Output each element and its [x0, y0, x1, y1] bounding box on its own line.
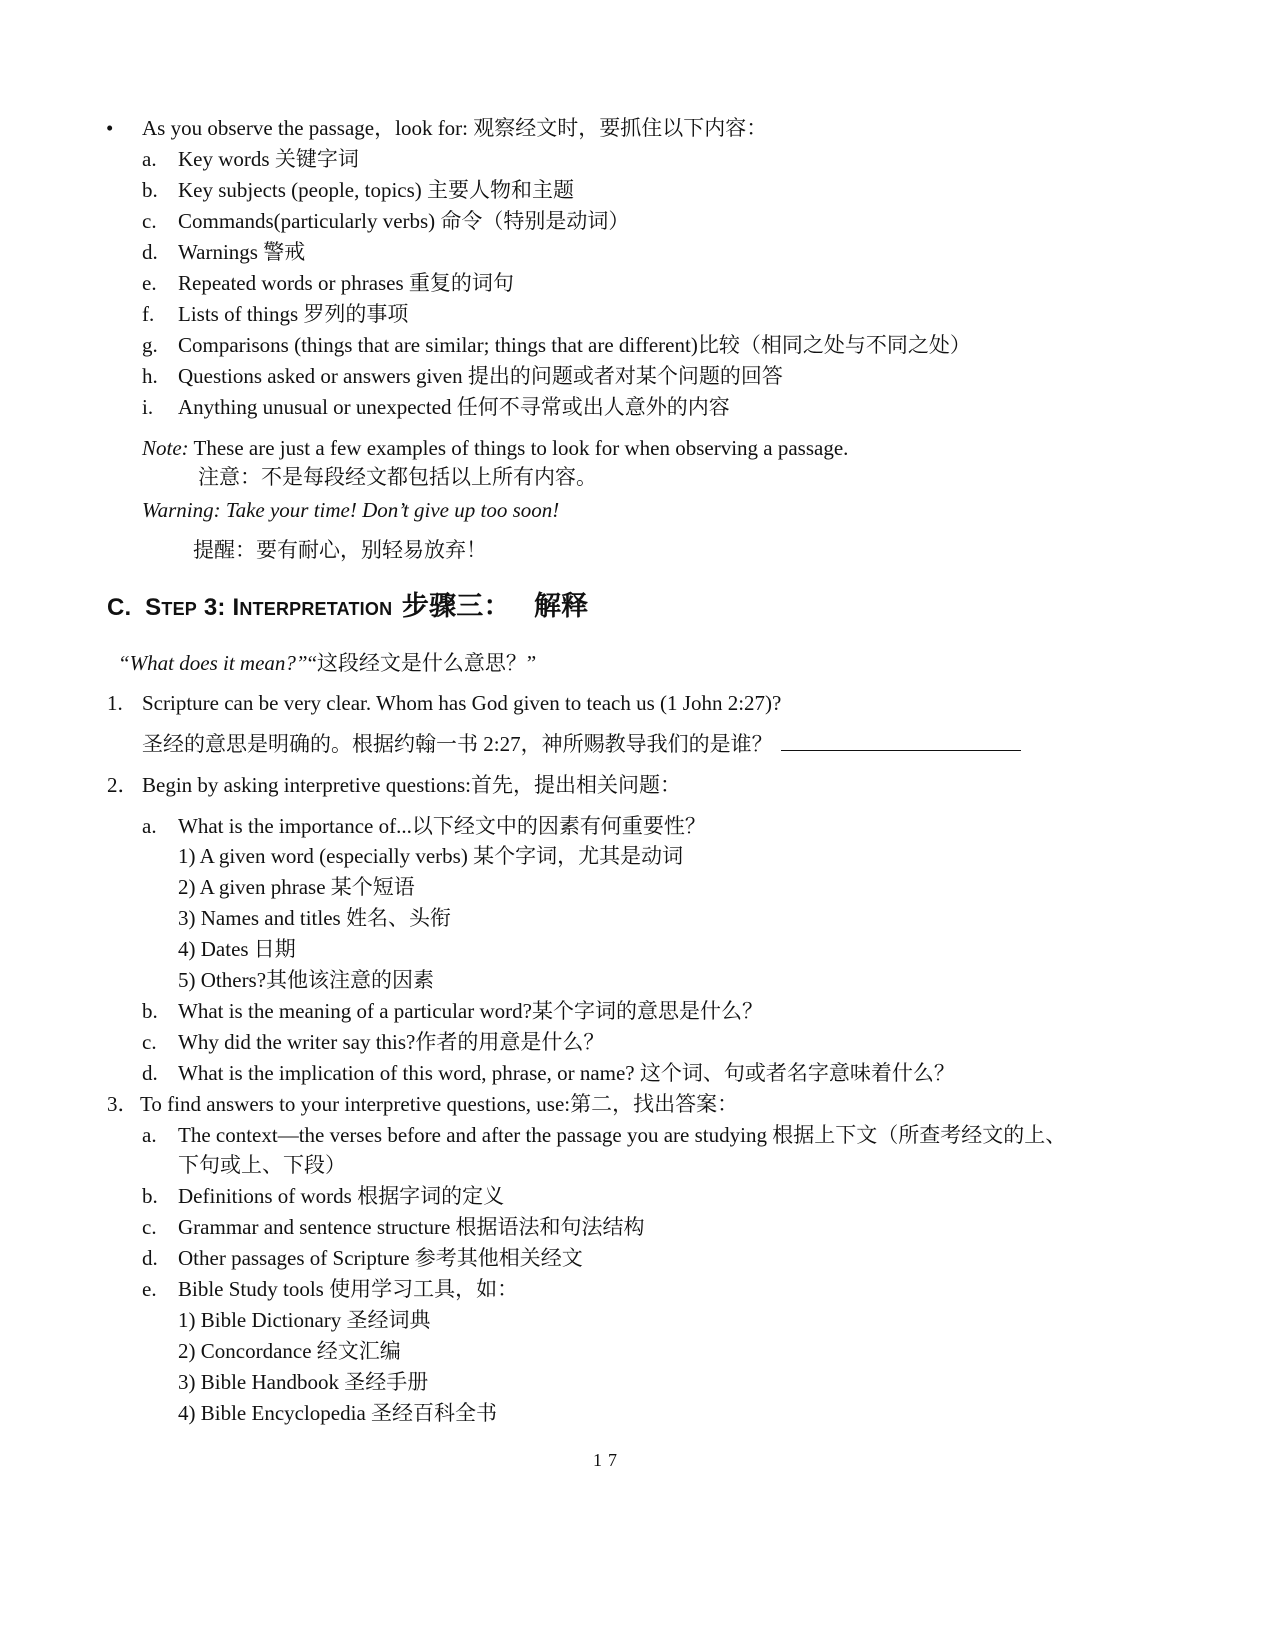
- sub-item: 1) A given word (especially verbs) 某个字词，…: [178, 843, 683, 869]
- list-marker: h.: [142, 363, 158, 389]
- note-text: These are just a few examples of things …: [189, 436, 849, 460]
- answer-blank[interactable]: [781, 732, 1021, 751]
- list-item: What is the meaning of a particular word…: [178, 998, 763, 1024]
- list-marker: d.: [142, 1060, 158, 1086]
- list-marker: e.: [142, 270, 157, 296]
- list-marker: b.: [142, 1183, 158, 1209]
- heading-interp-rest: NTERPRETATION: [239, 599, 392, 619]
- question-1: Scripture can be very clear. Whom has Go…: [142, 690, 781, 716]
- list-item: Commands(particularly verbs) 命令（特别是动词）: [178, 208, 629, 234]
- section-subtitle: “What does it mean?”“这段经文是什么意思？”: [118, 650, 536, 676]
- sub-item: 2) A given phrase 某个短语: [178, 874, 415, 900]
- list-marker: a.: [142, 813, 157, 839]
- list-marker: d.: [142, 239, 158, 265]
- question-3: To find answers to your interpretive que…: [140, 1091, 738, 1117]
- sub-item: 2) Concordance 经文汇编: [178, 1338, 401, 1364]
- list-marker: 1.: [107, 690, 123, 716]
- observe-intro: As you observe the passage，look for: 观察经…: [142, 115, 767, 141]
- heading-chinese: 步骤三： 解释: [392, 591, 588, 622]
- list-item: The context—the verses before and after …: [178, 1122, 1066, 1148]
- list-item: Definitions of words 根据字词的定义: [178, 1183, 504, 1209]
- list-marker: b.: [142, 177, 158, 203]
- question-1-chinese: 圣经的意思是明确的。根据约翰一书 2:27，神所赐教导我们的是谁？: [142, 732, 773, 756]
- sub-item: 5) Others?其他该注意的因素: [178, 967, 434, 993]
- list-marker: e.: [142, 1276, 157, 1302]
- list-item: Lists of things 罗列的事项: [178, 301, 408, 327]
- section-heading: C. STEP 3: INTERPRETATION 步骤三： 解释: [107, 592, 588, 624]
- heading-step-number: 3:: [197, 594, 232, 621]
- list-item: Repeated words or phrases 重复的词句: [178, 270, 514, 296]
- question-2: Begin by asking interpretive questions:首…: [142, 772, 681, 798]
- list-marker: c.: [142, 1214, 157, 1240]
- list-marker: b.: [142, 998, 158, 1024]
- page-number: 17: [593, 1450, 623, 1471]
- list-marker: d.: [142, 1245, 158, 1271]
- list-marker: 2．: [107, 772, 139, 798]
- list-item: Comparisons (things that are similar; th…: [178, 332, 971, 358]
- warning-english: Warning: Take your time! Don’t give up t…: [142, 497, 559, 523]
- list-item: Key words 关键字词: [178, 146, 359, 172]
- list-marker: a.: [142, 146, 157, 172]
- sub-item: 4) Dates 日期: [178, 936, 296, 962]
- sub-item: 3) Bible Handbook 圣经手册: [178, 1369, 428, 1395]
- warning-chinese: 提醒：要有耐心，别轻易放弃！: [193, 537, 487, 563]
- list-item: Key subjects (people, topics) 主要人物和主题: [178, 177, 574, 203]
- subtitle-chinese: “这段经文是什么意思？”: [308, 651, 537, 675]
- heading-letter: C.: [107, 594, 131, 621]
- list-item: Questions asked or answers given 提出的问题或者…: [178, 363, 783, 389]
- list-item: What is the importance of...以下经文中的因素有何重要…: [178, 813, 706, 839]
- list-marker: i.: [142, 394, 153, 420]
- list-marker: 3．: [107, 1091, 139, 1117]
- list-item: Bible Study tools 使用学习工具，如：: [178, 1276, 518, 1302]
- note-chinese: 注意：不是每段经文都包括以上所有内容。: [198, 464, 597, 490]
- subtitle-english: “What does it mean?”: [118, 651, 308, 675]
- note-label: Note:: [142, 436, 189, 460]
- list-item: Warnings 警戒: [178, 239, 305, 265]
- heading-step-rest: TEP: [161, 599, 197, 619]
- question-1-chinese-row: 圣经的意思是明确的。根据约翰一书 2:27，神所赐教导我们的是谁？: [142, 731, 1021, 757]
- list-marker: c.: [142, 208, 157, 234]
- sub-item: 1) Bible Dictionary 圣经词典: [178, 1307, 431, 1333]
- list-marker: c.: [142, 1029, 157, 1055]
- list-item: What is the implication of this word, ph…: [178, 1060, 955, 1086]
- list-item-continuation: 下句或上、下段）: [178, 1152, 346, 1178]
- heading-step-cap: S: [145, 594, 161, 621]
- list-marker: a.: [142, 1122, 157, 1148]
- list-marker: f.: [142, 301, 154, 327]
- list-item: Anything unusual or unexpected 任何不寻常或出人意…: [178, 394, 730, 420]
- sub-item: 3) Names and titles 姓名、头衔: [178, 905, 451, 931]
- list-item: Grammar and sentence structure 根据语法和句法结构: [178, 1214, 645, 1240]
- note: Note: These are just a few examples of t…: [142, 435, 848, 461]
- list-marker: g.: [142, 332, 158, 358]
- sub-item: 4) Bible Encyclopedia 圣经百科全书: [178, 1400, 497, 1426]
- bullet-marker: •: [106, 115, 113, 141]
- list-item: Why did the writer say this?作者的用意是什么？: [178, 1029, 604, 1055]
- list-item: Other passages of Scripture 参考其他相关经文: [178, 1245, 583, 1271]
